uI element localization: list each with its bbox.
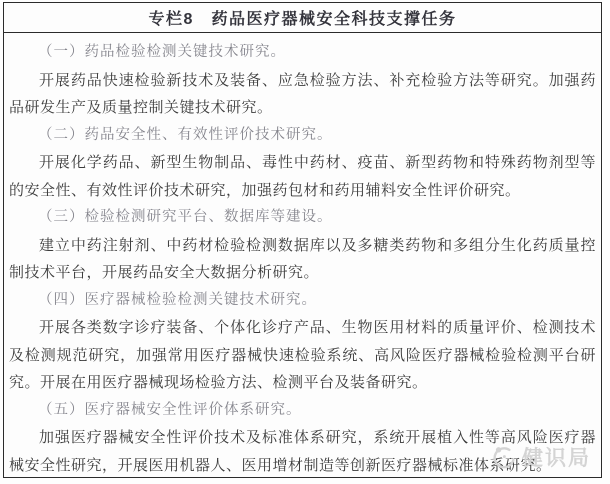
section-paragraph: 建立中药注射剂、中药材检验检测数据库以及多糖类药物和多组分生化药质量控制技术平台… — [9, 232, 596, 287]
section-heading: （一）药品检验检测关键技术研究。 — [9, 39, 596, 67]
section-3: （三）检验检测研究平台、数据库等建设。 建立中药注射剂、中药材检验检测数据库以及… — [9, 204, 596, 287]
section-heading: （五）医疗器械安全性评价体系研究。 — [9, 397, 596, 425]
section-heading: （三）检验检测研究平台、数据库等建设。 — [9, 204, 596, 232]
panel-title-bar: 专栏8 药品医疗器械安全科技支撑任务 — [4, 3, 601, 33]
panel-title: 专栏8 药品医疗器械安全科技支撑任务 — [149, 6, 457, 29]
section-5: （五）医疗器械安全性评价体系研究。 加强医疗器械安全性评价技术及标准体系研究，系… — [9, 397, 596, 480]
section-heading: （二）药品安全性、有效性评价技术研究。 — [9, 122, 596, 150]
section-4: （四）医疗器械检验检测关键技术研究。 开展各类数字诊疗装备、个体化诊疗产品、生物… — [9, 287, 596, 397]
panel-body: （一）药品检验检测关键技术研究。 开展药品快速检验新技术及装备、应急检验方法、补… — [4, 33, 601, 479]
document-page: 专栏8 药品医疗器械安全科技支撑任务 （一）药品检验检测关键技术研究。 开展药品… — [0, 0, 610, 484]
section-paragraph: 加强医疗器械安全性评价技术及标准体系研究，系统开展植入性等高风险医疗器械安全性研… — [9, 424, 596, 479]
policy-text-panel: 专栏8 药品医疗器械安全科技支撑任务 （一）药品检验检测关键技术研究。 开展药品… — [3, 2, 602, 478]
section-paragraph: 开展各类数字诊疗装备、个体化诊疗产品、生物医用材料的质量评价、检测技术及检测规范… — [9, 314, 596, 397]
section-2: （二）药品安全性、有效性评价技术研究。 开展化学药品、新型生物制品、毒性中药材、… — [9, 122, 596, 205]
section-paragraph: 开展药品快速检验新技术及装备、应急检验方法、补充检验方法等研究。加强药品研发生产… — [9, 67, 596, 122]
section-heading: （四）医疗器械检验检测关键技术研究。 — [9, 287, 596, 315]
section-1: （一）药品检验检测关键技术研究。 开展药品快速检验新技术及装备、应急检验方法、补… — [9, 39, 596, 122]
section-paragraph: 开展化学药品、新型生物制品、毒性中药材、疫苗、新型药物和特殊药物剂型等的安全性、… — [9, 149, 596, 204]
